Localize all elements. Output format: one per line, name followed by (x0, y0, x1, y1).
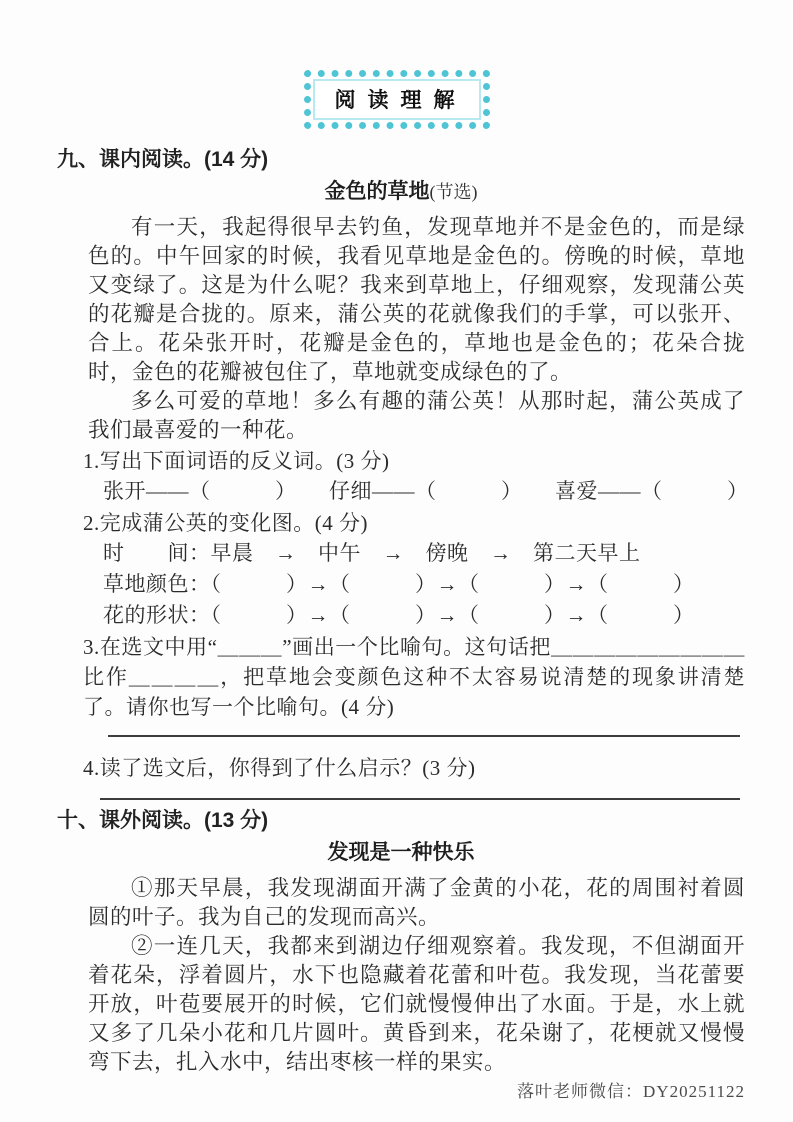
passage-1-paragraph-1: 有一天，我起得很早去钓鱼，发现草地并不是金色的，而是绿色的。中午回家的时候，我看… (88, 213, 745, 387)
passage-2-title: 发现是一种快乐 (57, 838, 745, 870)
question-1-antonym-blanks: 张开——（ ） 仔细——（ ） 喜爱——（ ） (103, 476, 745, 507)
footer-contact: 落叶老师微信：DY20251122 (517, 1077, 745, 1102)
question-3-answer-line (108, 735, 740, 737)
question-4-answer-line (100, 798, 740, 800)
question-4-prompt: 4.读了选文后，你得到了什么启示？(3 分) (83, 753, 745, 783)
passage-1-title: 金色的草地(节选) (57, 177, 745, 209)
passage-1-paragraph-2: 多么可爱的草地！多么有趣的蒲公英！从那时起，蒲公英成了我们最喜爱的一种花。 (88, 387, 745, 445)
question-2-prompt: 2.完成蒲公英的变化图。(4 分) (83, 508, 745, 538)
passage-2-paragraph-2: ②一连几天，我都来到湖边仔细观察着。我发现，不但湖面开着花朵，浮着圆片，水下也隐… (88, 932, 745, 1077)
passage-2-paragraph-1: ①那天早晨，我发现湖面开满了金黄的小花，花的周围衬着圆圆的叶子。我为自己的发现而… (88, 874, 745, 932)
question-2-flower-shape-row: 花的形状：（ ）→（ ）→（ ）→（ ） (103, 600, 745, 631)
worksheet-page: 阅读理解 九、课内阅读。(14 分) 金色的草地(节选) 有一天，我起得很早去钓… (0, 0, 793, 1122)
passage-2-title-main: 发现是一种快乐 (328, 841, 475, 864)
question-2-time-row: 时 间：早晨 → 中午 → 傍晚 → 第二天早上 (103, 538, 745, 569)
banner-title: 阅读理解 (335, 87, 467, 112)
section-9-heading: 九、课内阅读。(14 分) (57, 145, 745, 175)
question-3-prompt: 3.在选文中用“＿＿＿”画出一个比喻句。这句话把＿＿＿＿＿＿＿＿＿比作＿＿＿＿，… (83, 632, 745, 722)
question-2-grass-color-row: 草地颜色：（ ）→（ ）→（ ）→（ ） (103, 569, 745, 600)
reading-comprehension-banner: 阅读理解 (304, 70, 490, 129)
footer-contact-text: 落叶老师微信：DY20251122 (517, 1082, 745, 1101)
worksheet-content: 九、课内阅读。(14 分) 金色的草地(节选) 有一天，我起得很早去钓鱼，发现草… (0, 145, 793, 1077)
passage-1-title-main: 金色的草地 (325, 180, 430, 203)
section-10-heading: 十、课外阅读。(13 分) (57, 806, 745, 836)
passage-1-title-note: (节选) (430, 182, 478, 202)
question-1-prompt: 1.写出下面词语的反义词。(3 分) (83, 446, 745, 476)
banner-row: 阅读理解 (0, 70, 793, 129)
